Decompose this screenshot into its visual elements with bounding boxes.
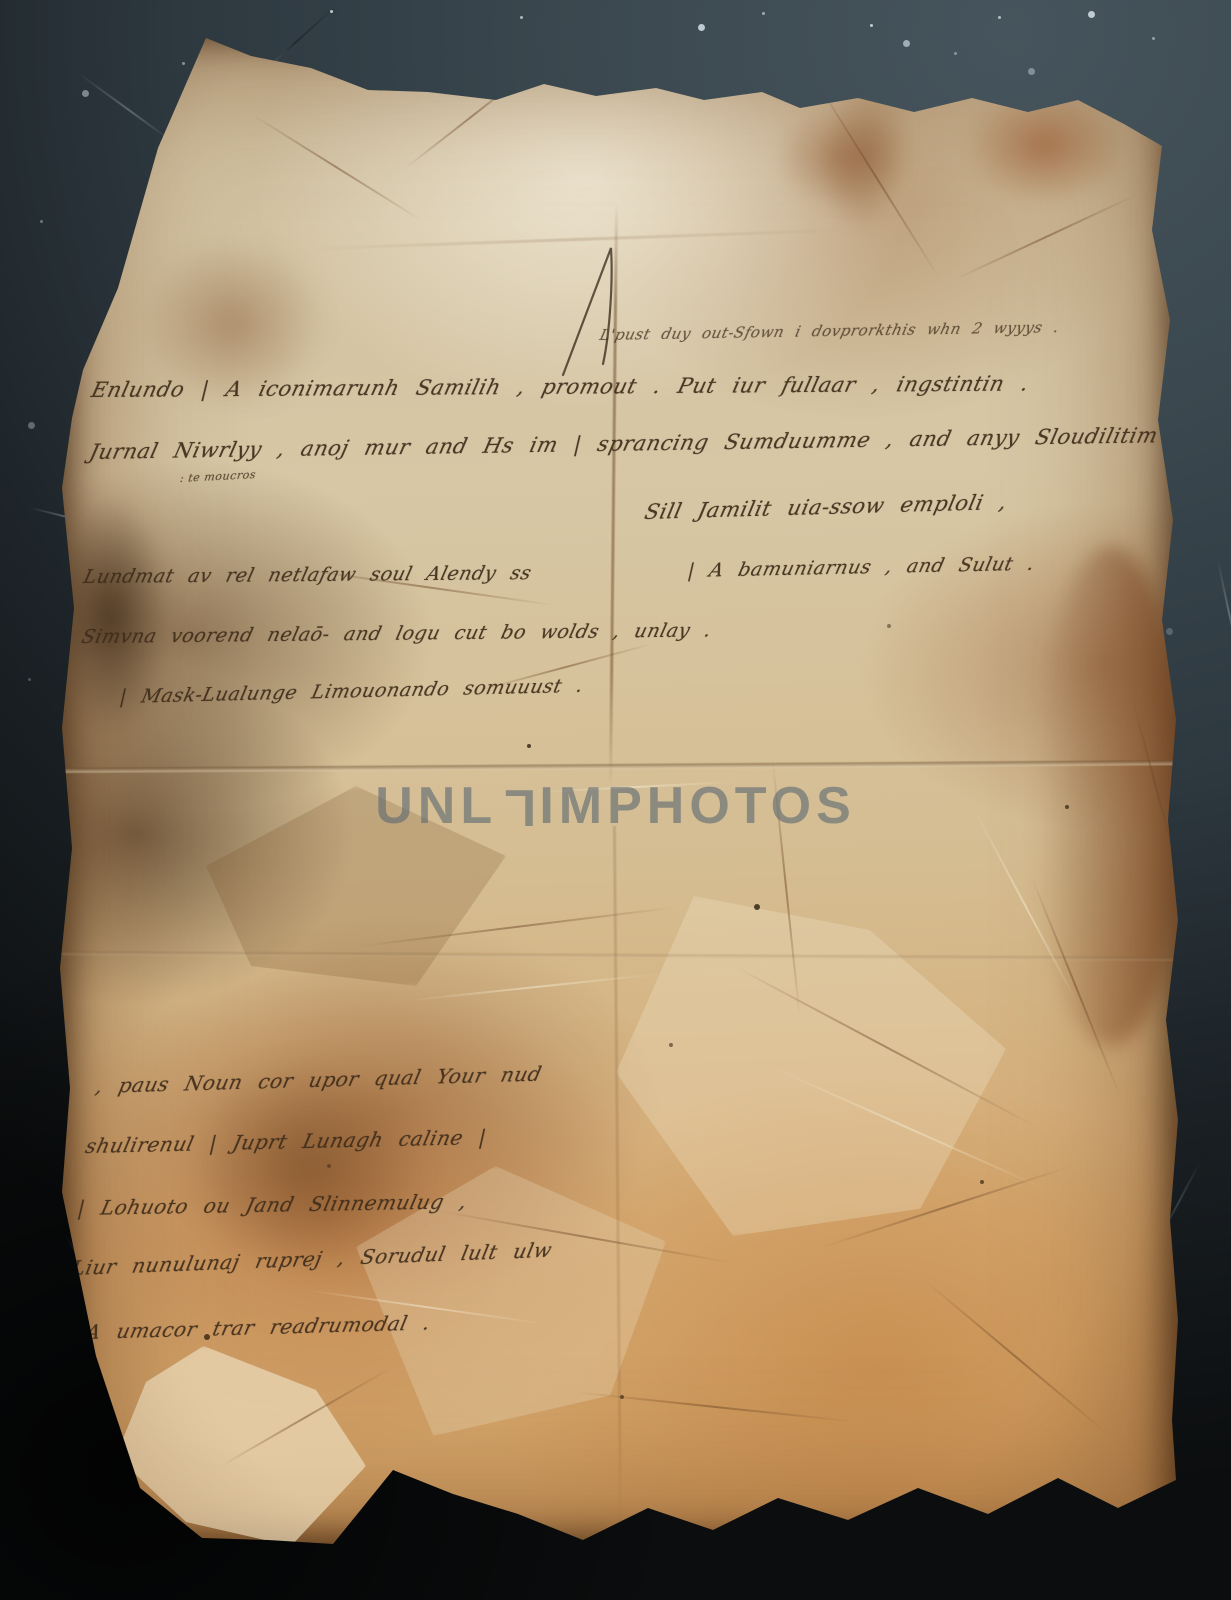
handwriting-line: : te moucros (179, 468, 257, 485)
flake-highlight-line (407, 972, 666, 1001)
handwriting-line: | A bamuniarnus , and Sulut . (685, 553, 1036, 582)
handwriting-line: Enlundo | A iconimarunh Samilih , promou… (89, 371, 1031, 402)
handwriting-line: L'pust duy out-Sfown i dovprorkthis whn … (598, 318, 1061, 344)
crease-line (219, 1366, 393, 1468)
crease-line (735, 966, 1036, 1127)
photo-scene: L'pust duy out-Sfown i dovprorkthis whn … (0, 0, 1231, 1600)
handwriting-line: Lundmat av rel netlafaw soul Alendy ss (81, 562, 534, 588)
vertical-fold-crease (613, 826, 622, 1526)
handwriting-line: shulirenul | Juprt Lunagh caline | (83, 1125, 489, 1158)
rust-stain (116, 216, 376, 456)
handwriting-line: | Mask-Lualunge Limouonando somuuust . (118, 675, 586, 708)
handwriting-line: Liur nunulunaj ruprej , Sorudul lult ulw (69, 1238, 554, 1280)
crease-line (923, 1279, 1108, 1435)
crease-line (955, 194, 1137, 280)
horizontal-fold-crease (56, 951, 1180, 961)
handwriting-line: Jurnal Niwrlyy , anoj mur and Hs im | sp… (87, 423, 1160, 464)
crease-line (771, 758, 800, 1017)
parchment-sheet: L'pust duy out-Sfown i dovprorkthis whn … (56, 26, 1180, 1550)
handwriting-line: Simvna voorend nelaō- and logu cut bo wo… (79, 619, 713, 648)
horizontal-fold-crease (56, 760, 1180, 773)
crease-line (357, 907, 675, 948)
handwriting-line: A umacor trar readrumodal . (83, 1310, 433, 1344)
paper-flake (616, 896, 1006, 1236)
crease-line (822, 1166, 1070, 1248)
crease-line (251, 113, 422, 221)
ink-specks (527, 744, 531, 748)
flake-highlight-line (769, 1065, 1044, 1189)
flake-highlight-line (973, 809, 1078, 1004)
handwriting-line: , paus Noun cor upor qual Your nud (93, 1062, 544, 1098)
handwriting-line: Sill Jamilit uia-ssow emploli , (642, 490, 1009, 524)
ink-flourish-stroke (551, 238, 631, 388)
handwriting-line: | Lohuoto ou Jand Slinnemulug , (75, 1189, 469, 1220)
flake-highlight-line (536, 781, 736, 793)
crease-line (1030, 875, 1122, 1098)
